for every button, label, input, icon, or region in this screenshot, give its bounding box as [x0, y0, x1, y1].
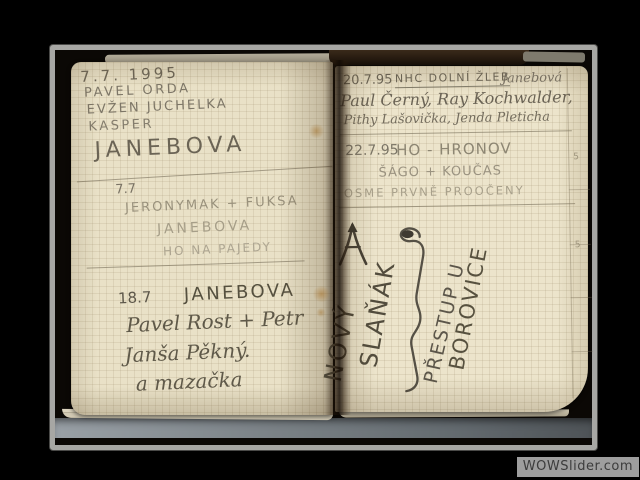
entry-line: JERONYMAK + FUKSA [125, 193, 299, 216]
entry-name: Janebová [502, 70, 563, 86]
entry-line: ŠÁGO + KOUČAS [378, 163, 502, 180]
entry-date: 18.7 [118, 288, 152, 307]
entry-line: a mazačka [135, 367, 243, 396]
notebook-photo-slide[interactable]: 7.7. 1995 PAVEL ORDA EVŽEN JUCHELKA KASP… [50, 45, 597, 450]
margin-rule [572, 351, 593, 352]
margin-mark: 5 [573, 152, 579, 162]
slider-stage: 7.7. 1995 PAVEL ORDA EVŽEN JUCHELKA KASP… [0, 0, 640, 480]
divider-line [87, 260, 305, 268]
entry-date: 7.7 [115, 182, 136, 198]
entry-line: JANEBOVA [157, 218, 253, 238]
entry-line: Pavel Rost + Petr [126, 305, 304, 337]
left-page-content: 7.7. 1995 PAVEL ORDA EVŽEN JUCHELKA KASP… [70, 52, 347, 416]
notebook-left-page: 7.7. 1995 PAVEL ORDA EVŽEN JUCHELKA KASP… [71, 62, 333, 415]
entry-line: Pithy Lašovička, Jenda Pleticha [343, 110, 550, 129]
entry-line: Paul Černý, Ray Kochwalder, [340, 87, 573, 110]
entry-name: KASPER [88, 117, 154, 135]
entry-title: HO - HRONOV [396, 139, 512, 159]
notebook-spine-edge [523, 51, 585, 62]
entry-date: 20.7.95 [343, 72, 393, 88]
watermark-link[interactable]: WOWSlider.com [517, 457, 639, 477]
divider-line [77, 166, 333, 183]
right-page-content: 20.7.95 NHC DOLNÍ ŽLEB Janebová Paul Čer… [335, 62, 594, 412]
margin-mark: 5 [575, 240, 581, 250]
notebook-right-page: 20.7.95 NHC DOLNÍ ŽLEB Janebová Paul Čer… [335, 66, 588, 412]
divider-line [339, 203, 575, 208]
entry-line: HO NA PAJEDY [163, 240, 273, 259]
entry-line: OSME PRVNĚ PROOČENY [344, 183, 525, 200]
entry-title-underlined: NHC DOLNÍ ŽLEB [395, 70, 510, 88]
anchor-drawing [335, 221, 370, 269]
margin-rule [571, 297, 592, 298]
divider-line [340, 130, 572, 135]
entry-title: JANEBOVA [183, 280, 295, 306]
entry-date: 22.7.95 [345, 142, 399, 159]
table-surface [55, 418, 592, 438]
entry-title: JANEBOVA [94, 132, 247, 164]
margin-rule [569, 189, 590, 190]
entry-line: Janša Pěkný. [124, 338, 251, 367]
margin-line [567, 68, 574, 398]
